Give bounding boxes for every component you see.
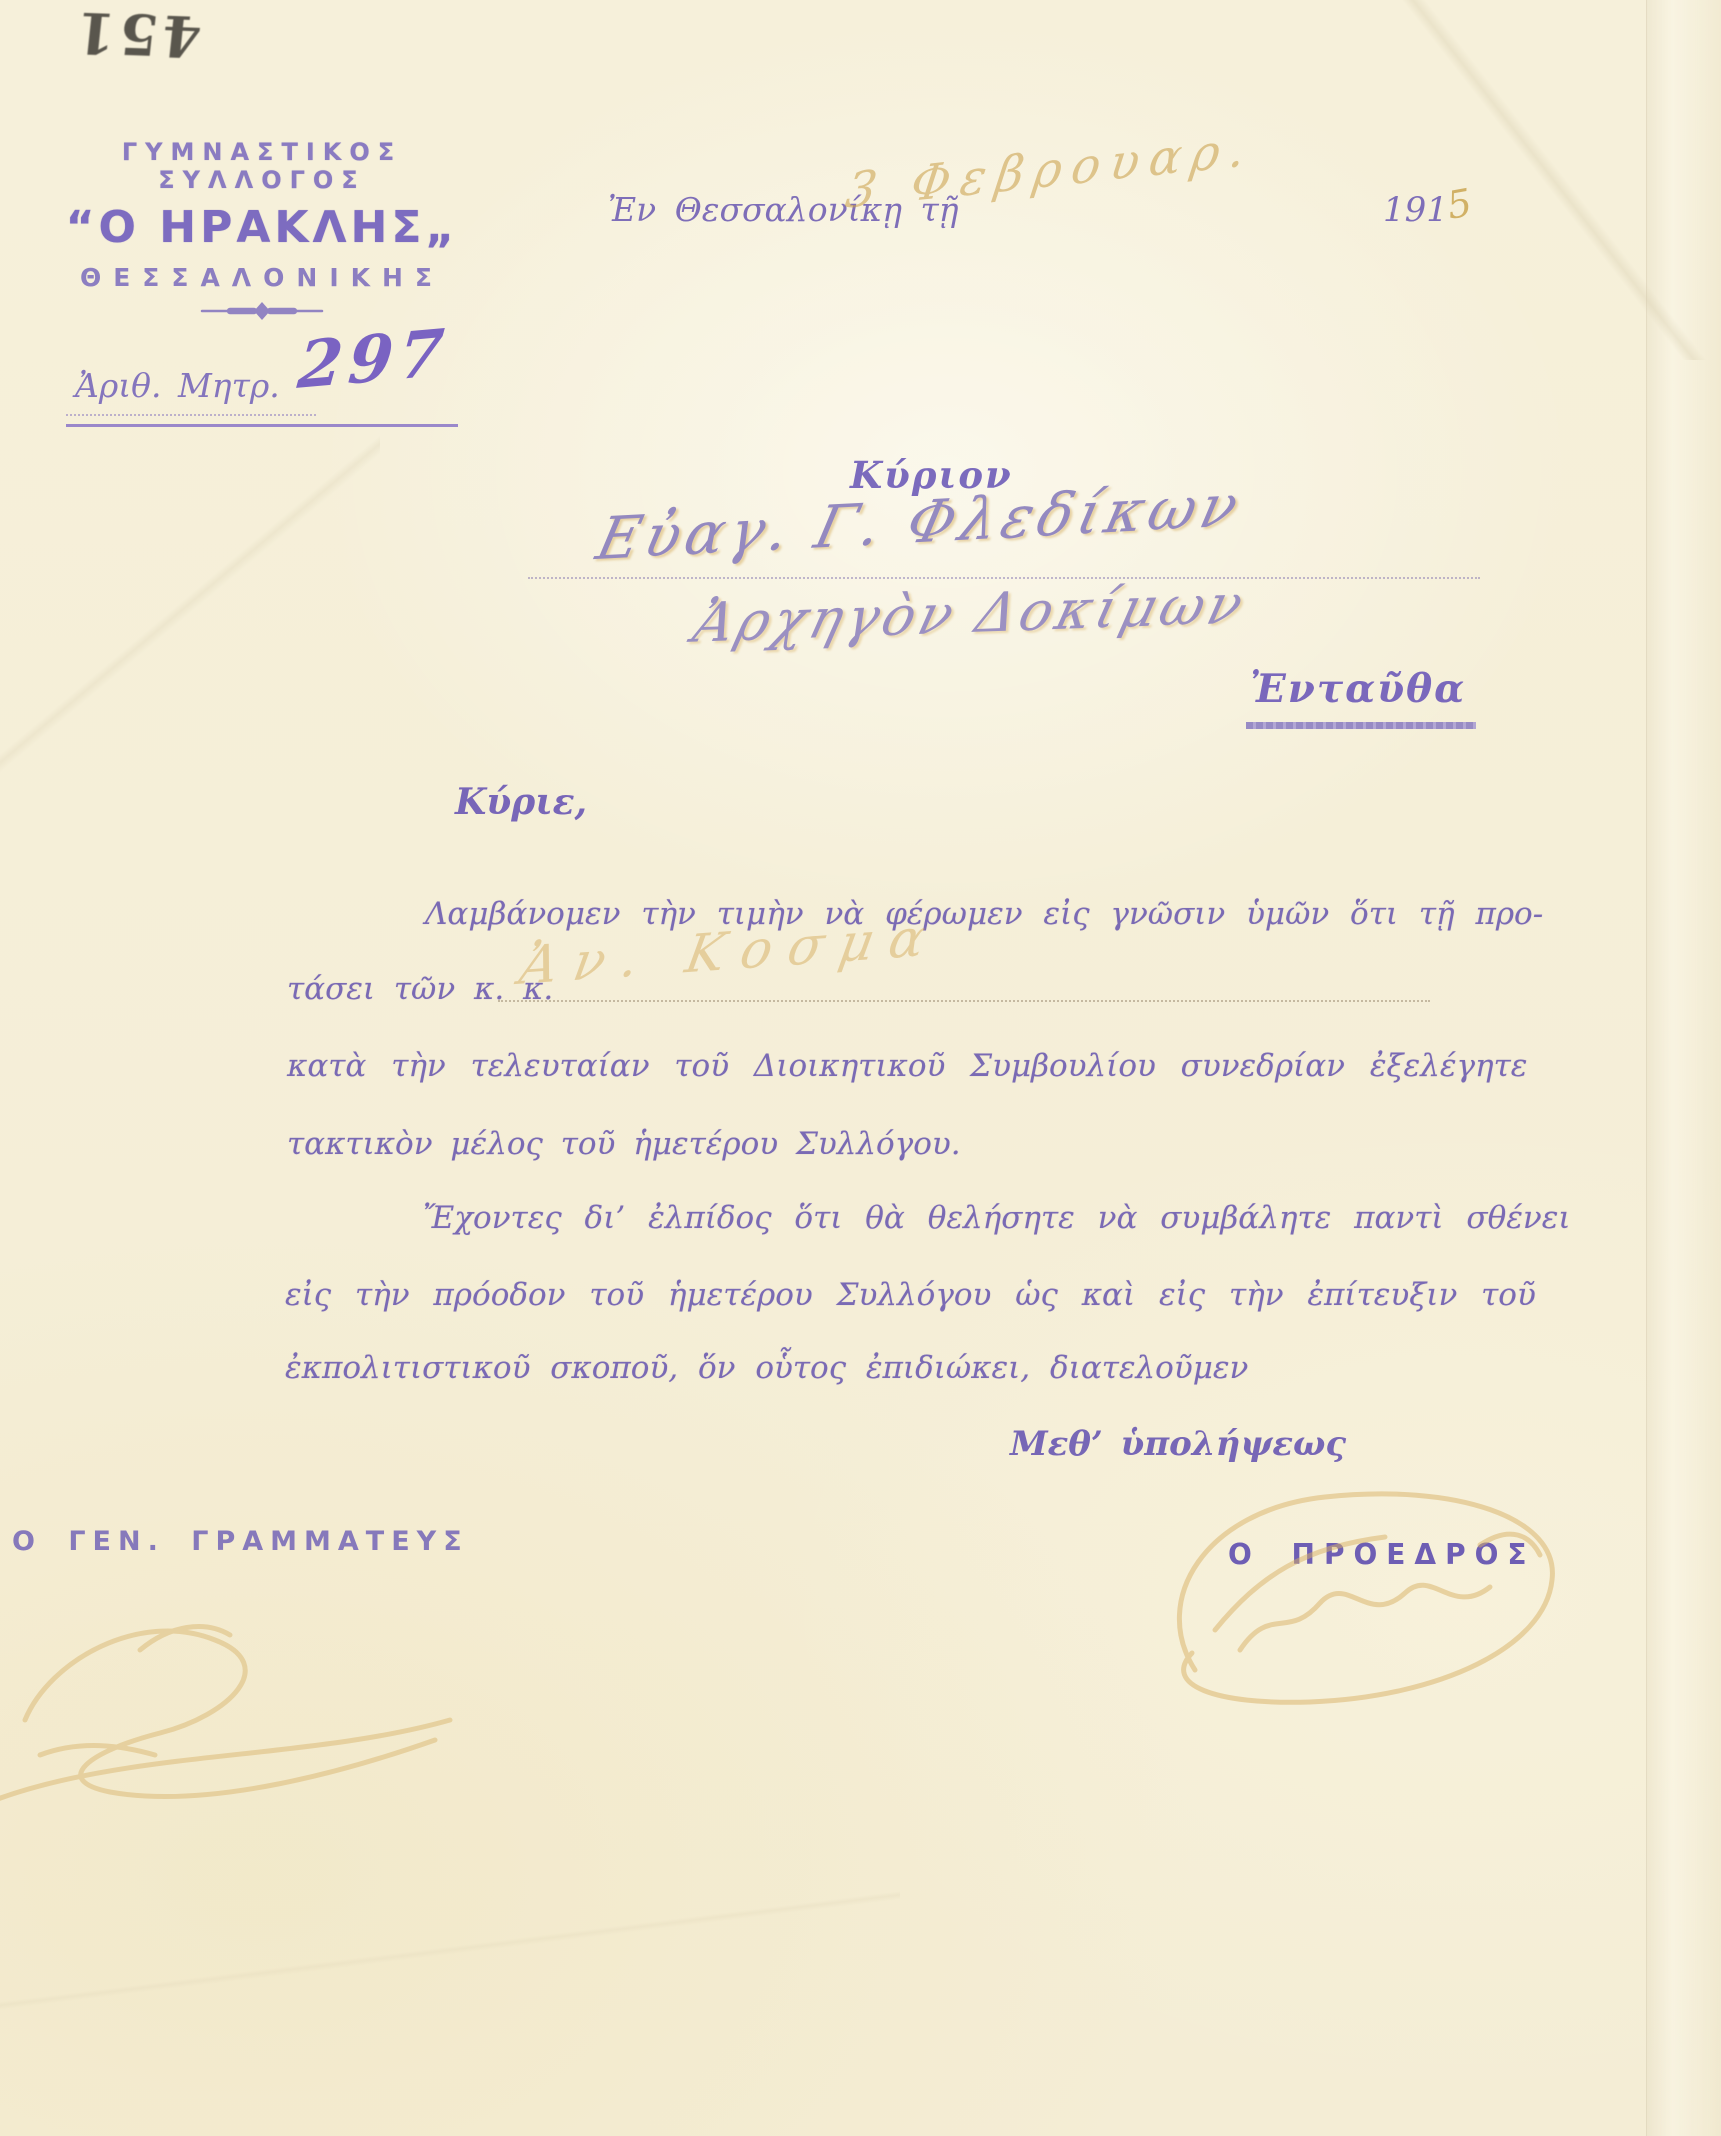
- body-paragraph1-line4: τακτικὸν μέλος τοῦ ἡμετέρου Συλλόγου.: [287, 1126, 961, 1162]
- paper-crease: [0, 1850, 900, 2050]
- body-paragraph1-line1: Λαμβάνομεν τὴν τιμὴν νὰ φέρωμεν εἰς γνῶσ…: [425, 896, 1543, 932]
- letterhead-city: ΘΕΣΣΑΛΟΝΙΚΗΣ: [12, 263, 512, 292]
- letterhead-club-type: ΓΥΜΝΑΣΤΙΚΟΣ ΣΥΛΛΟΓΟΣ: [12, 138, 512, 194]
- paper-crease: [0, 430, 380, 810]
- protocol-number-handwritten: 297: [295, 315, 453, 404]
- handwritten-date: 3 Φεβρουαρ.: [842, 120, 1259, 220]
- letterhead-club-name: “Ο ΗΡΑΚΛΗΣ„: [12, 202, 512, 253]
- protocol-underline: [66, 424, 458, 427]
- scanned-letter-page: 451 ΓΥΜΝΑΣΤΙΚΟΣ ΣΥΛΛΟΓΟΣ “Ο ΗΡΑΚΛΗΣ„ ΘΕΣ…: [0, 0, 1721, 2136]
- secretary-signature: [0, 1555, 480, 1825]
- recipient-location: Ἐνταῦθα: [1250, 666, 1466, 712]
- proposers-dotted-line: [498, 1000, 1430, 1002]
- location-underline: [1246, 722, 1476, 729]
- president-signature: [1120, 1455, 1600, 1745]
- handwritten-recipient-title: Ἀρχηγὸν Δοκίμων: [687, 572, 1253, 655]
- year-printed-digits: 191: [1383, 190, 1448, 230]
- dateline-year: 1915: [1383, 186, 1472, 230]
- protocol-dotted-line: [66, 414, 316, 416]
- letterhead: ΓΥΜΝΑΣΤΙΚΟΣ ΣΥΛΛΟΓΟΣ “Ο ΗΡΑΚΛΗΣ„ ΘΕΣΣΑΛΟ…: [12, 138, 512, 326]
- year-handwritten-digit: 5: [1444, 180, 1475, 228]
- body-paragraph2-line3: ἐκπολιτιστικοῦ σκοποῦ, ὅν οὗτος ἐπιδιώκε…: [285, 1350, 1248, 1386]
- letter-greeting: Κύριε,: [455, 781, 587, 823]
- archive-number-stamp: 451: [59, 0, 215, 66]
- letter-closing: Μεθ’ ὑπολήψεως: [1010, 1424, 1346, 1464]
- body-paragraph2-line1: Ἔχοντες δι’ ἐλπίδος ὅτι θὰ θελήσητε νὰ σ…: [423, 1200, 1571, 1236]
- paper-right-edge: [1646, 0, 1721, 2136]
- recipient-dotted-line: [528, 577, 1480, 579]
- body-paragraph1-line3: κατὰ τὴν τελευταίαν τοῦ Διοικητικοῦ Συμβ…: [287, 1048, 1527, 1084]
- protocol-number-label: Ἀριθ. Μητρ.: [75, 366, 280, 405]
- president-title: Ο ΠΡΟΕΔΡΟΣ: [1228, 1538, 1536, 1571]
- secretary-title: Ο ΓΕΝ. ΓΡΑΜΜΑΤΕΥΣ: [12, 1526, 469, 1557]
- body-paragraph2-line2: εἰς τὴν πρόοδον τοῦ ἡμετέρου Συλλόγου ὡς…: [285, 1277, 1536, 1313]
